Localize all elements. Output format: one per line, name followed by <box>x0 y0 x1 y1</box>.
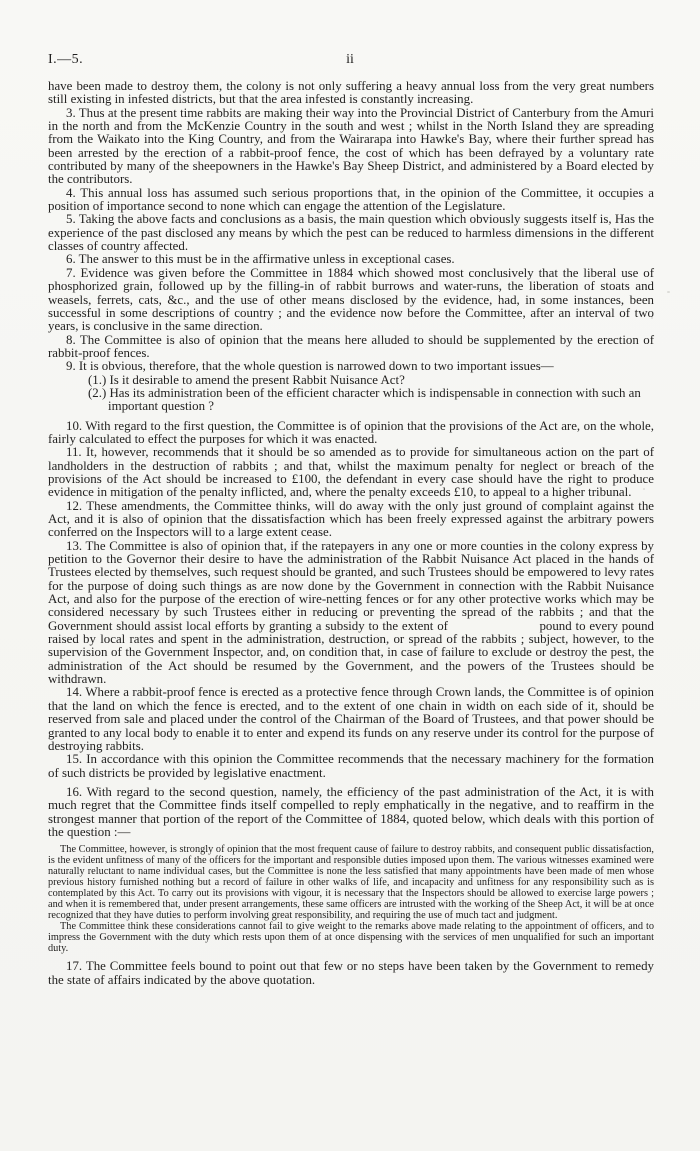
paragraph-6: 6. The answer to this must be in the aff… <box>48 253 654 266</box>
paragraph-continuation: have been made to destroy them, the colo… <box>48 80 654 107</box>
report-body: have been made to destroy them, the colo… <box>48 80 654 987</box>
paragraph-16: 16. With regard to the second question, … <box>48 786 654 839</box>
paragraph-3: 3. Thus at the present time rabbits are … <box>48 107 654 187</box>
scan-artifact <box>651 317 653 319</box>
document-page: I.—5. ii have been made to destroy them,… <box>0 0 700 1151</box>
page-header: I.—5. ii <box>48 52 652 70</box>
paragraph-17: 17. The Committee feels bound to point o… <box>48 960 654 987</box>
issue-item-1: (1.) Is it desirable to amend the presen… <box>108 374 654 387</box>
paragraph-7: 7. Evidence was given before the Committ… <box>48 267 654 334</box>
paragraph-10: 10. With regard to the first question, t… <box>48 420 654 447</box>
page-number: ii <box>48 52 652 68</box>
quote-paragraph-1: The Committee, however, is strongly of o… <box>48 844 654 921</box>
paragraph-12: 12. These amendments, the Committee thin… <box>48 500 654 540</box>
paragraph-15: 15. In accordance with this opinion the … <box>48 753 654 780</box>
paragraph-9: 9. It is obvious, therefore, that the wh… <box>48 360 654 373</box>
paragraph-13: 13. The Committee is also of opinion tha… <box>48 540 654 687</box>
paragraph-14: 14. Where a rabbit-proof fence is erecte… <box>48 686 654 753</box>
paragraph-4: 4. This annual loss has assumed such ser… <box>48 187 654 214</box>
scan-artifact <box>643 488 645 490</box>
scan-artifact <box>667 291 670 293</box>
issue-item-2: (2.) Has its administration been of the … <box>108 387 654 414</box>
paragraph-8: 8. The Committee is also of opinion that… <box>48 334 654 361</box>
paragraph-5: 5. Taking the above facts and conclusion… <box>48 213 654 253</box>
paragraph-11: 11. It, however, recommends that it shou… <box>48 446 654 499</box>
quote-paragraph-2: The Committee think these considerations… <box>48 921 654 954</box>
